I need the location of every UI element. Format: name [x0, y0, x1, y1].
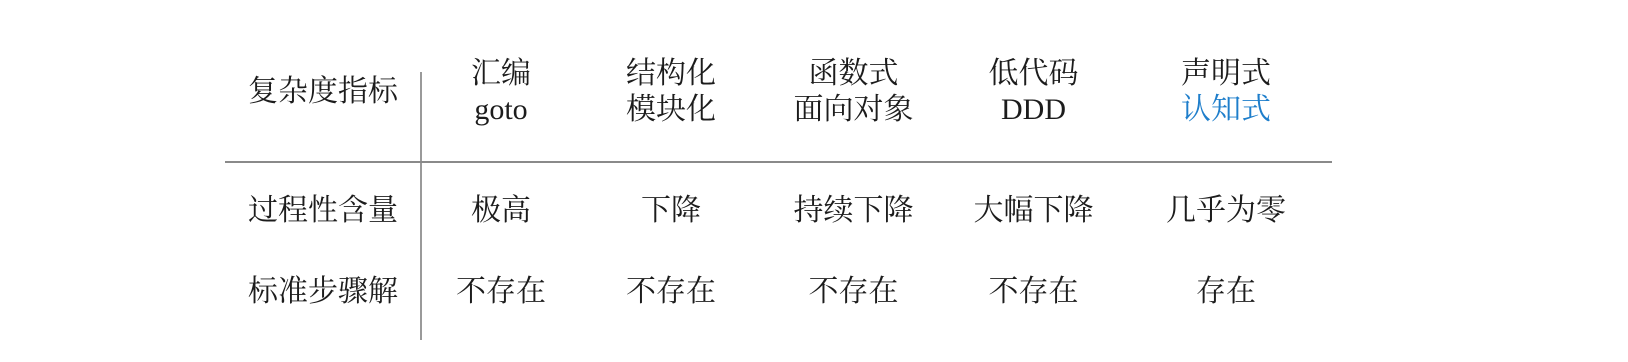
table-cell: 不存在: [761, 258, 946, 326]
table-cell: 存在: [1121, 258, 1331, 326]
table-cell: 几乎为零: [1121, 163, 1331, 258]
header-cell-assembly: 汇编 goto: [421, 20, 581, 163]
header-line2-accent: 认知式: [1181, 92, 1271, 128]
cell-value: 下降: [641, 193, 701, 229]
metric-header-label: 复杂度指标: [248, 74, 398, 110]
header-line1: 低代码: [989, 56, 1079, 92]
header-line2: goto: [474, 92, 527, 128]
comparison-table-page: 复杂度指标 汇编 goto 结构化 模块化 函数式 面向对象 低代码 DDD 声…: [0, 0, 1628, 362]
header-line1: 声明式: [1181, 56, 1271, 92]
cell-value: 不存在: [456, 274, 546, 310]
header-line1: 函数式: [809, 56, 899, 92]
table-cell: 下降: [581, 163, 761, 258]
cell-value: 存在: [1196, 274, 1256, 310]
row-label-standard-steps: 标准步骤解: [225, 258, 421, 326]
row-label-procedural-content: 过程性含量: [225, 163, 421, 258]
table-cell: 不存在: [946, 258, 1121, 326]
header-line1: 汇编: [471, 56, 531, 92]
header-line2: DDD: [1001, 92, 1066, 128]
cell-value: 不存在: [809, 274, 899, 310]
cell-value: 极高: [471, 193, 531, 229]
table-cell: 不存在: [421, 258, 581, 326]
cell-value: 几乎为零: [1166, 193, 1286, 229]
table-cell: 不存在: [581, 258, 761, 326]
header-cell-functional: 函数式 面向对象: [761, 20, 946, 163]
paradigm-comparison-table: 复杂度指标 汇编 goto 结构化 模块化 函数式 面向对象 低代码 DDD 声…: [225, 20, 1331, 326]
header-cell-declarative: 声明式 认知式: [1121, 20, 1331, 163]
row-label-text: 过程性含量: [248, 193, 398, 229]
header-cell-structured: 结构化 模块化: [581, 20, 761, 163]
header-cell-metric: 复杂度指标: [225, 20, 421, 163]
cell-value: 不存在: [626, 274, 716, 310]
table-cell: 极高: [421, 163, 581, 258]
table-cell: 持续下降: [761, 163, 946, 258]
header-line1: 结构化: [626, 56, 716, 92]
cell-value: 不存在: [989, 274, 1079, 310]
header-line2: 模块化: [626, 92, 716, 128]
header-line2: 面向对象: [794, 92, 914, 128]
row-label-text: 标准步骤解: [248, 274, 398, 310]
table-cell: 大幅下降: [946, 163, 1121, 258]
cell-value: 大幅下降: [974, 193, 1094, 229]
cell-value: 持续下降: [794, 193, 914, 229]
header-cell-lowcode: 低代码 DDD: [946, 20, 1121, 163]
